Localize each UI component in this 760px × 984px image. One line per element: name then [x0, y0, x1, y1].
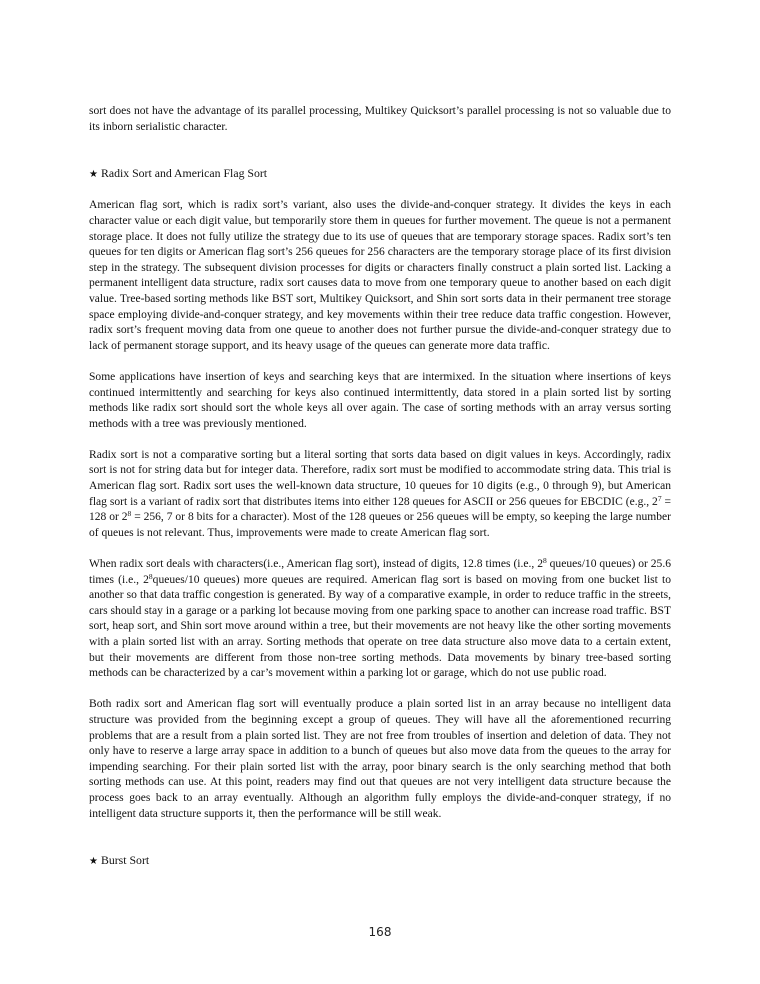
- section-heading-text: Burst Sort: [101, 853, 149, 867]
- section-heading-text: Radix Sort and American Flag Sort: [101, 166, 267, 180]
- document-page: sort does not have the advantage of its …: [89, 104, 671, 870]
- spacer: [89, 183, 671, 199]
- spacer: [89, 682, 671, 698]
- paragraph-intermixed-insertion: Some applications have insertion of keys…: [89, 370, 671, 432]
- text-segment: queues/10 queues) more queues are requir…: [89, 574, 671, 680]
- text-segment: When radix sort deals with characters(i.…: [89, 558, 543, 570]
- page-number: 168: [0, 925, 760, 939]
- section-heading-radix: ★Radix Sort and American Flag Sort: [89, 166, 671, 183]
- paragraph-american-flag-sort: American flag sort, which is radix sort’…: [89, 198, 671, 354]
- star-icon: ★: [89, 169, 98, 180]
- star-icon: ★: [89, 856, 98, 867]
- spacer: [89, 354, 671, 370]
- paragraph-literal-sorting: Radix sort is not a comparative sorting …: [89, 448, 671, 542]
- paragraph-characters-queues: When radix sort deals with characters(i.…: [89, 557, 671, 682]
- paragraph-plain-sorted-list: Both radix sort and American flag sort w…: [89, 697, 671, 822]
- spacer: [89, 432, 671, 448]
- section-heading-burst: ★Burst Sort: [89, 853, 671, 870]
- intro-paragraph: sort does not have the advantage of its …: [89, 104, 671, 135]
- text-segment: = 256, 7 or 8 bits for a character). Mos…: [89, 511, 671, 539]
- text-segment: Radix sort is not a comparative sorting …: [89, 449, 671, 508]
- spacer: [89, 541, 671, 557]
- spacer: [89, 822, 671, 853]
- spacer: [89, 135, 671, 166]
